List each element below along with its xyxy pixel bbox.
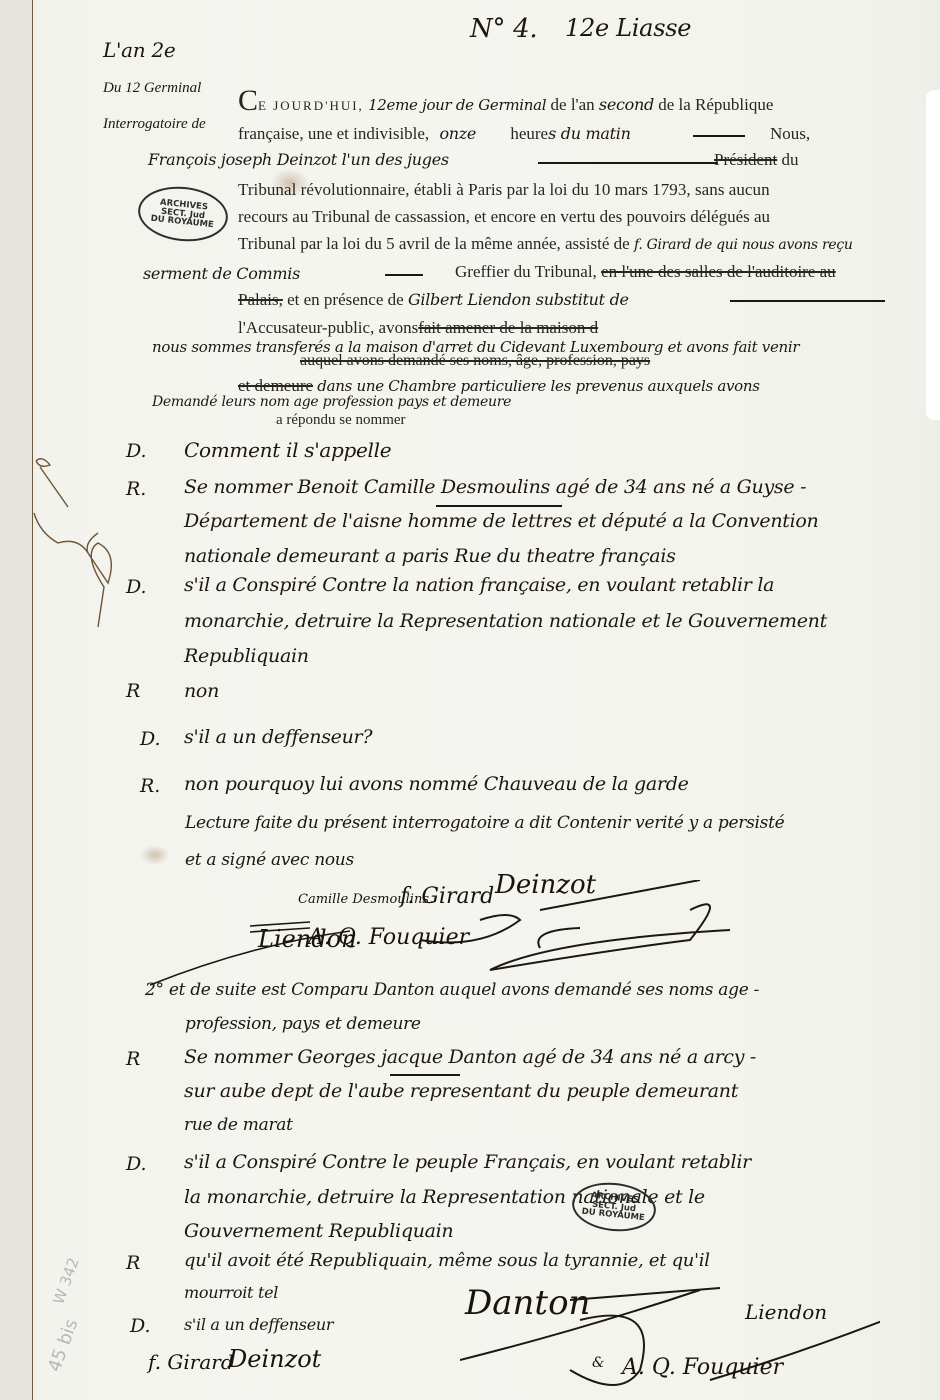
struck-text: Président [714,150,777,169]
preamble-line-5: recours au Tribunal de cassassion, et en… [238,207,770,227]
print-text: française, une et indivisible, [238,124,429,143]
response-label: R [126,1048,140,1070]
signature-liendon: Liendon [745,1300,827,1324]
signature-deinzot: Deinzot [228,1345,321,1373]
response-text: qu'il avoit été Republiquain, même sous … [184,1250,710,1271]
ink-stain [140,845,170,865]
name-underline [436,505,562,507]
response-text: sur aube dept de l'aube representant du … [184,1080,738,1102]
response-text: Département de l'aisne homme de lettres … [184,510,818,532]
print-text: heure [510,124,548,143]
response-text: Se nommer Georges jacque Danton agé de 3… [184,1046,756,1068]
question-text: Comment il s'appelle [184,438,391,462]
preamble-line-9: l'Accusateur-public, avonsfait amener de… [238,318,598,338]
print-text: Tribunal par la loi du 5 avril de la mêm… [238,234,630,253]
signature-fouquier: A. Q. Fouquier [308,925,469,950]
signature-flourish [460,1270,880,1400]
margin-paraph-flourish [28,455,128,630]
signature-mark: & [592,1355,604,1371]
filler-rule [693,135,745,137]
response-label: R. [140,775,160,797]
archives-stamp: ARCHIVES SECT. Jud DU ROYAUME [135,182,230,245]
filler-rule [385,274,423,276]
response-text: non pourquoy lui avons nommé Chauveau de… [184,773,689,795]
preamble-line-3-end: Président du [714,150,799,170]
margin-interrogation-label: Interrogatoire de [103,116,206,133]
document-page: N° 4. 12e Liasse L'an 2e Du 12 Germinal … [0,0,940,1400]
name-underline [390,1074,460,1076]
question-text: s'il a un deffenseur? [184,726,372,748]
response-text: non [184,680,219,702]
question-label: D. [126,1153,147,1175]
struck-text: en l'une des salles de l'auditoire au [601,262,836,281]
pencil-call-number: W 342 [49,1255,82,1306]
response-label: R [126,1252,140,1274]
preamble-line-8: Palais, et en présence de Gilbert Liendo… [238,290,629,310]
struck-text: fait amener de la maison d [418,318,598,337]
print-text: l'Accusateur-public, avons [238,318,418,337]
question-text: Gouvernement Republiquain [184,1220,453,1242]
handwritten-clerk: f. Girard de qui nous avons reçu [634,237,853,253]
handwritten-year: second [599,95,654,114]
handwritten-judge-name: François joseph Deinzot l'un des juges [148,150,449,169]
response-label: R [126,680,140,702]
handwritten-time: s du matin [548,124,631,143]
handwritten-text: Demandé leurs nom age profession pays et… [152,394,511,410]
second-prisoner-intro: profession, pays et demeure [185,1014,421,1034]
struck-text: auquel avons demandé ses noms, âge, prof… [300,352,650,370]
print-text: Nous, [770,124,810,144]
preamble-line-11: et demeure dans une Chambre particuliere… [238,376,760,396]
response-text: mourroit tel [184,1283,278,1302]
struck-text: Palais, [238,290,283,309]
handwritten-substitute: Gilbert Liendon substitut de [408,290,629,309]
question-text: Republiquain [184,645,309,667]
response-text: nationale demeurant a paris Rue du theat… [184,545,676,567]
question-label: D. [126,576,147,598]
paper-edge-tear [926,90,940,420]
pencil-folio: 45 bis [44,1316,82,1374]
liasse-label: 12e Liasse [565,14,691,42]
question-text: monarchie, detruire la Representation na… [184,610,827,632]
margin-date: Du 12 Germinal [103,80,201,97]
print-text: et en présence de [287,290,404,309]
handwritten-day: 12eme jour de Germinal [368,96,546,114]
question-text: s'il a Conspiré Contre le peuple Françai… [184,1151,751,1173]
question-text: s'il a un deffenseur [184,1315,333,1334]
question-label: D. [130,1315,151,1337]
drop-cap: C [238,84,258,117]
closing-statement: et a signé avec nous [185,850,354,870]
preamble-line-13: a répondu se nommer [276,412,406,429]
question-label: D. [126,440,147,462]
year-note: L'an 2e [103,38,175,62]
handwritten-text: dans une Chambre particuliere les preven… [317,377,759,395]
print-text: du [782,150,799,169]
question-label: D. [140,728,161,750]
handwritten-hour: onze [439,124,476,143]
handwritten-oath: serment de Commis [143,264,300,283]
response-text: Se nommer Benoit Camille Desmoulins agé … [184,476,806,498]
signature-girard: f. Girard [148,1350,234,1374]
filler-rule [538,162,718,164]
preamble-line-2: française, une et indivisible, onze heur… [238,124,631,144]
binding-strip [0,0,33,1400]
signature-fouquier: A. Q. Fouquier [622,1355,783,1380]
preamble-line-6: Tribunal par la loi du 5 avril de la mêm… [238,234,853,254]
print-text: Greffier du Tribunal, [455,262,597,281]
preamble-line-4: Tribunal révolutionnaire, établi à Paris… [238,180,770,200]
struck-text: et demeure [238,376,313,395]
question-text: s'il a Conspiré Contre la nation françai… [184,574,774,596]
preamble-line-7: Greffier du Tribunal, en l'une des salle… [455,262,836,282]
response-label: R. [126,478,146,500]
second-prisoner-intro: 2° et de suite est Comparu Danton auquel… [145,980,759,1000]
filler-rule [730,300,885,302]
document-number: N° 4. [470,14,537,44]
print-text: de la République [658,95,773,114]
preamble-line-1: CE JOURD'HUI, 12eme jour de Germinal de … [238,86,773,116]
closing-statement: Lecture faite du présent interrogatoire … [185,813,784,833]
preamble-opening: E JOURD'HUI, [258,98,364,113]
response-text: rue de marat [184,1115,293,1135]
print-text: de l'an [551,95,595,114]
